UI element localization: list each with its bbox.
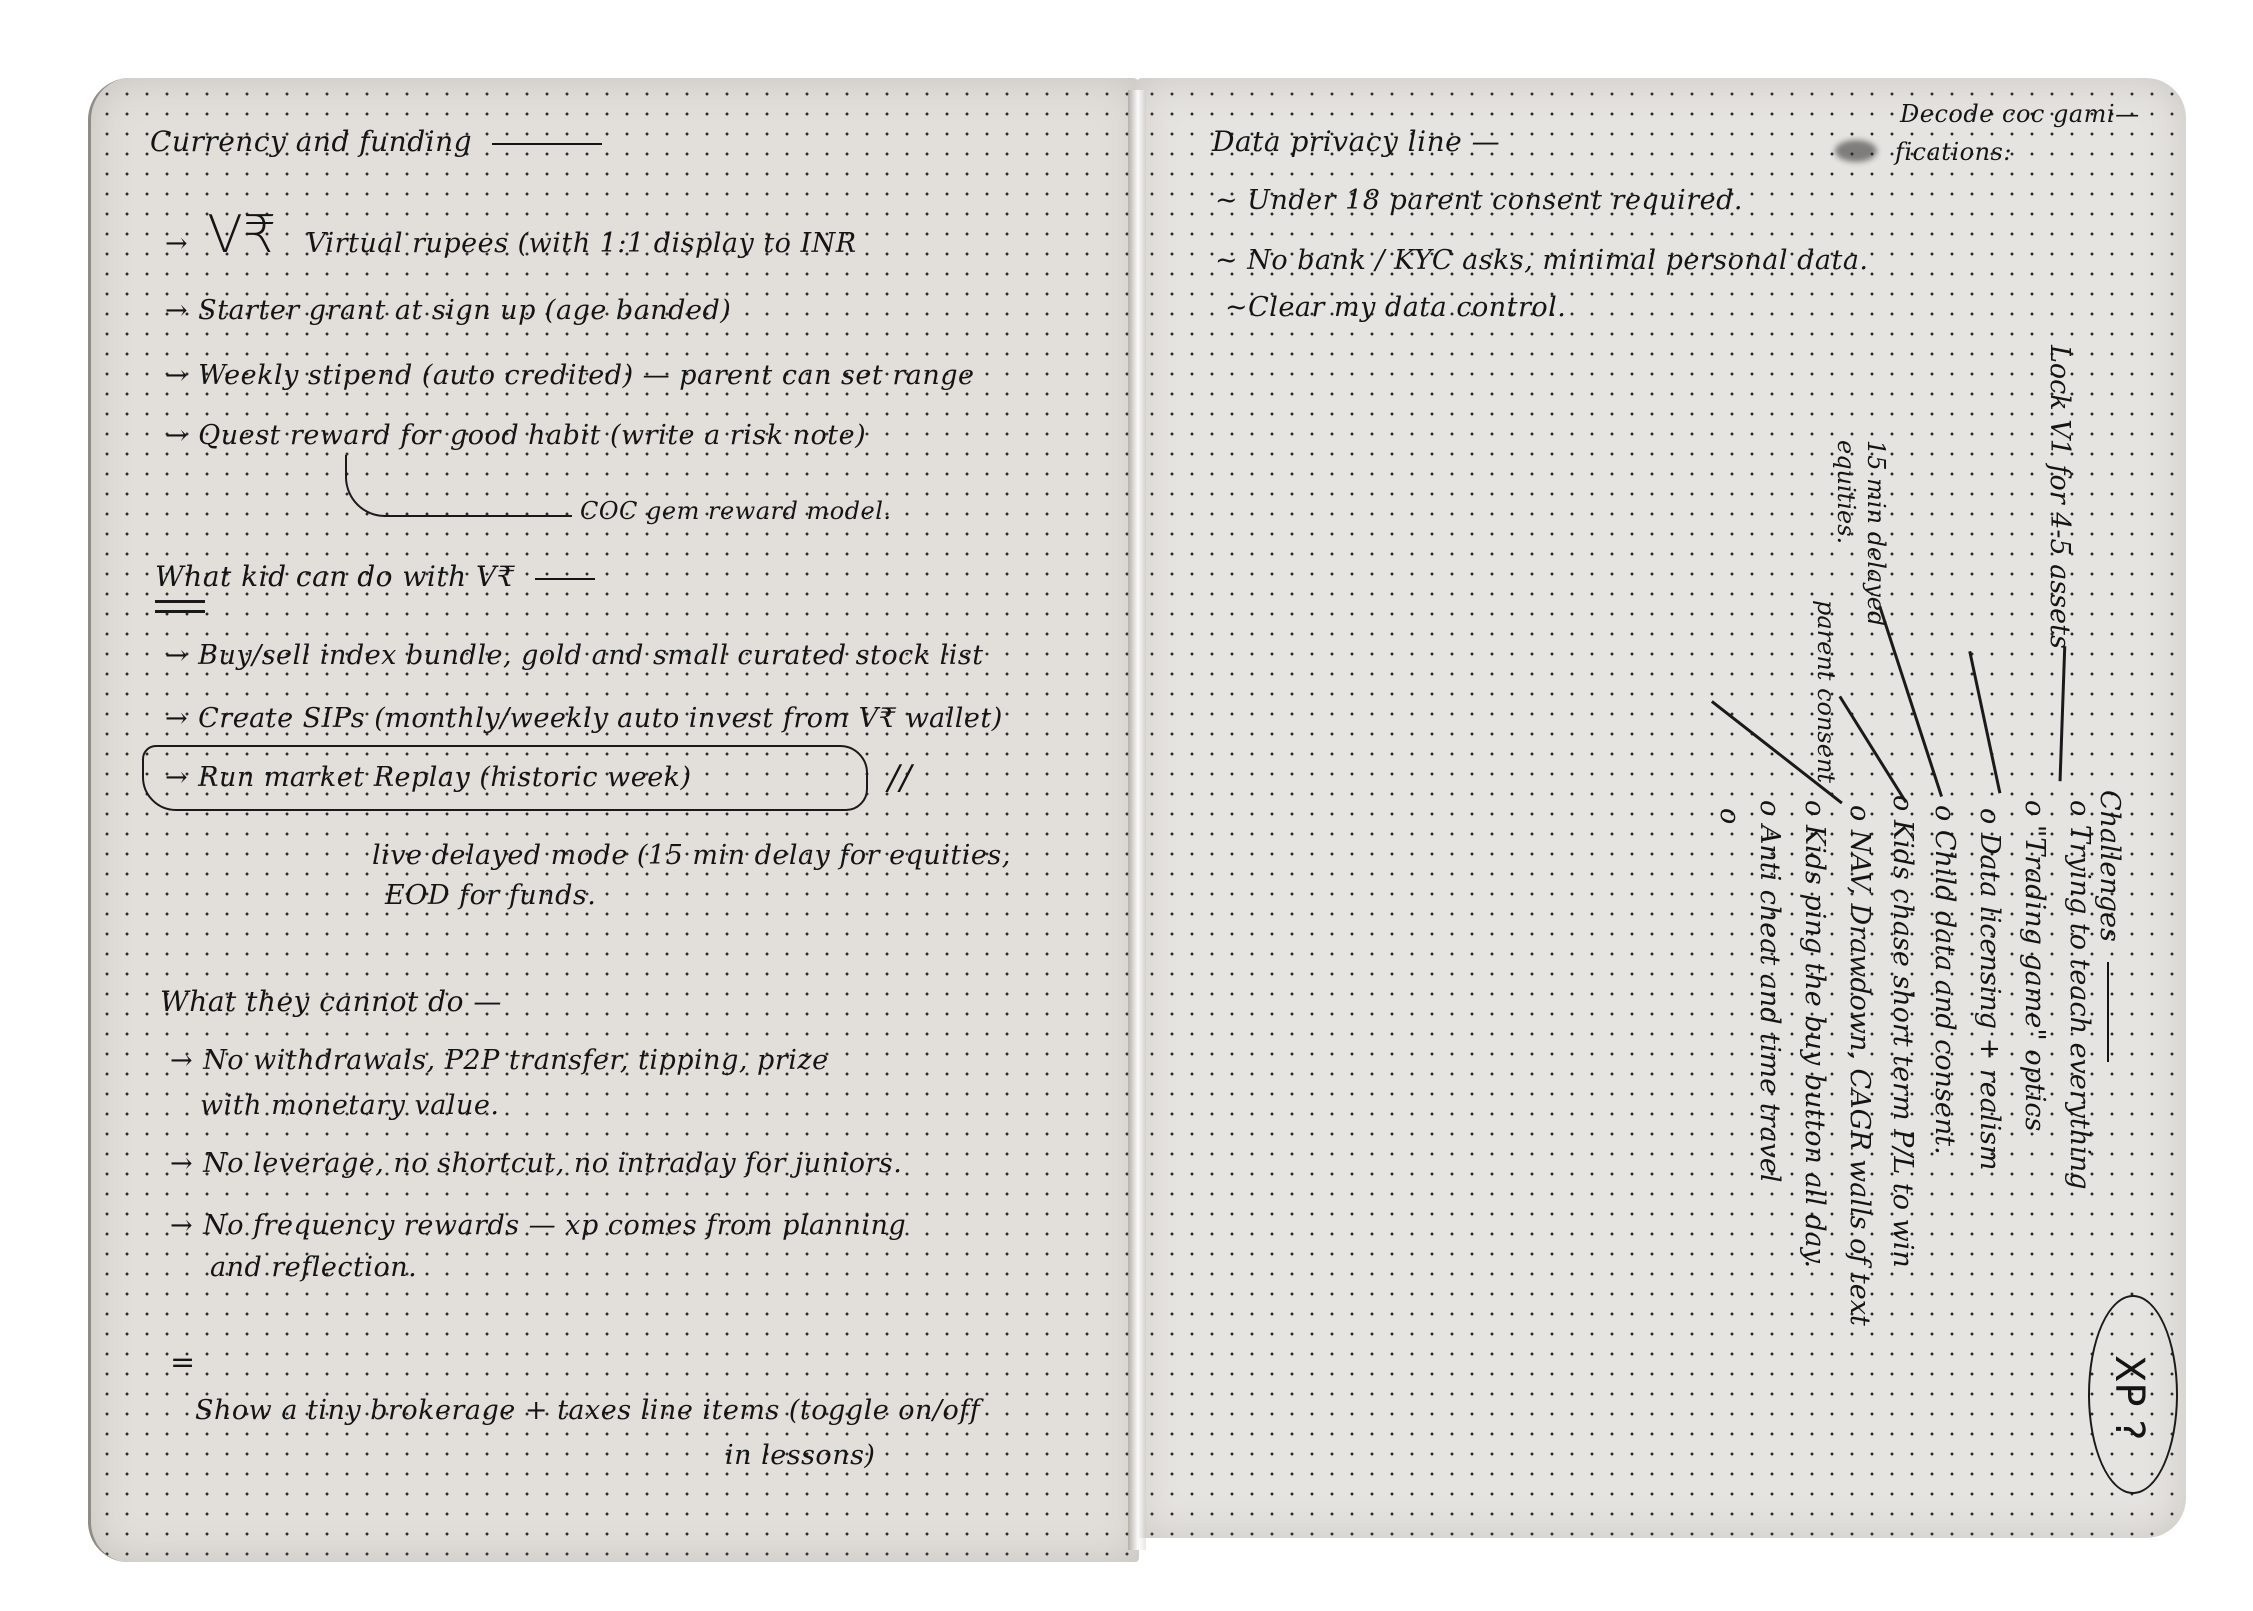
- currency-item-quest-reward: →Quest reward for good habit (write a ri…: [165, 420, 866, 451]
- delayed-note-line2: equities.: [1832, 440, 1860, 544]
- heading-underline: [155, 600, 205, 603]
- currency-item-starter-grant: →Starter grant at sign up (age banded): [165, 295, 731, 326]
- challenges-heading: Challenges: [2094, 790, 2125, 1062]
- privacy-item-clear-data: ~Clear my data control.: [1225, 292, 1566, 323]
- challenge-item: o Anti cheat and time travel: [1754, 800, 1785, 1183]
- heading-dash: [535, 578, 595, 580]
- footer-marker: =: [170, 1345, 196, 1380]
- challenge-item: o Kids chase short term P/L to win: [1887, 795, 1918, 1268]
- can-do-item-market-replay: →Run market Replay (historic week): [165, 762, 692, 793]
- arrow-icon: →: [165, 640, 188, 671]
- privacy-item-no-kyc: ~ No bank / KYC asks, minimal personal d…: [1215, 245, 1869, 276]
- arrow-icon: →: [165, 295, 188, 326]
- double-slash-mark: //: [888, 758, 912, 798]
- arrow-icon: →: [165, 360, 188, 391]
- challenge-item: o Trying to teach everything: [2064, 800, 2095, 1190]
- challenge-item: o Kids ping the buy button all day.: [1799, 800, 1830, 1268]
- arrow-icon: →: [165, 420, 188, 451]
- footer-note-line2: in lessons): [725, 1440, 875, 1471]
- lock-v1-note: Lock V1 for 4-5 assets: [2044, 345, 2075, 649]
- notebook-spine: [1128, 90, 1146, 1550]
- heading-underline: [155, 610, 205, 613]
- coc-gem-annotation: COC gem reward model.: [580, 497, 892, 525]
- parent-consent-note: parent consent: [1812, 600, 1840, 783]
- arrow-icon: →: [170, 1148, 193, 1179]
- cannot-do-item-frequency-rewards: →No frequency rewards — xp comes from pl…: [170, 1210, 906, 1241]
- annotation-connector: [345, 455, 572, 517]
- currency-item-weekly-stipend: →Weekly stipend (auto credited) — parent…: [165, 360, 974, 391]
- challenge-item: o Child data and consent.: [1929, 805, 1960, 1155]
- challenge-item: o NAV, Drawdown, CAGR walls of text: [1844, 805, 1875, 1326]
- can-do-item-buy-sell: →Buy/sell index bundle, gold and small c…: [165, 640, 984, 671]
- arrow-icon: →: [165, 762, 188, 793]
- challenge-item: o: [1714, 808, 1745, 824]
- privacy-heading: Data privacy line —: [1212, 125, 1500, 158]
- cannot-do-heading: What they cannot do —: [160, 985, 502, 1018]
- xp-label: XP ?: [2106, 1355, 2152, 1440]
- challenge-item: o "Trading game" optics: [2019, 800, 2050, 1131]
- live-delayed-note-line1: live delayed mode (15 min delay for equi…: [372, 840, 1011, 871]
- cannot-do-item-frequency-rewards-cont: and reflection.: [210, 1252, 417, 1283]
- currency-heading: Currency and funding: [150, 125, 602, 158]
- notebook-spread: · · · · · · · Currency and funding → V₹ …: [0, 0, 2253, 1611]
- heading-dash: [2108, 962, 2110, 1062]
- arrow-icon: →: [165, 703, 188, 734]
- live-delayed-note-line2: EOD for funds.: [385, 880, 596, 911]
- heading-dash: [492, 143, 602, 145]
- arrow-icon: →: [165, 228, 188, 259]
- footer-note-line1: Show a tiny brokerage + taxes line items…: [195, 1395, 980, 1426]
- can-do-item-sips: →Create SIPs (monthly/weekly auto invest…: [165, 703, 1003, 734]
- ink-smudge: [1835, 140, 1877, 162]
- arrow-icon: →: [170, 1210, 193, 1241]
- currency-item-virtual-rupees: → V₹ Virtual rupees (with 1:1 display to…: [165, 205, 857, 265]
- corner-note-line2: fications:: [1895, 138, 2012, 166]
- cannot-do-item-leverage: →No leverage, no shortcut, no intraday f…: [170, 1148, 902, 1179]
- challenge-item: o Data licensing + realism: [1974, 808, 2005, 1171]
- privacy-item-consent: ~ Under 18 parent consent required.: [1215, 185, 1743, 216]
- cannot-do-item-withdrawals-cont: with monetary value.: [200, 1090, 499, 1121]
- cannot-do-item-withdrawals: →No withdrawals, P2P transfer, tipping, …: [170, 1045, 829, 1076]
- delayed-note-line1: 15 min delayed: [1862, 440, 1890, 626]
- can-do-heading: What kid can do with V₹: [155, 560, 595, 593]
- arrow-icon: →: [170, 1045, 193, 1076]
- v-rupee-symbol: V₹: [207, 205, 277, 265]
- corner-note-line1: Decode coc gami—: [1900, 100, 2140, 128]
